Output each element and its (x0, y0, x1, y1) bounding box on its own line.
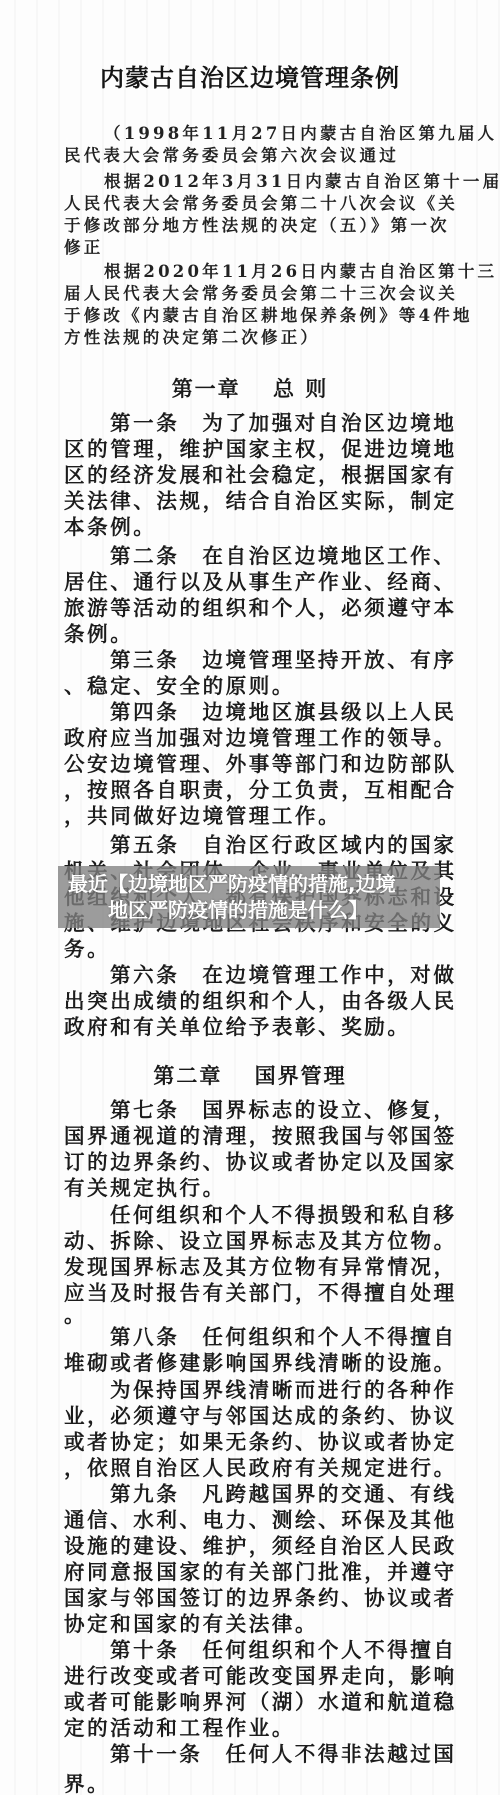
article-line: 本条例。 (64, 510, 156, 540)
preamble-line: 届人民代表大会常务委员会第二十三次会议关 (64, 280, 458, 304)
preamble-line: 根据2020年11月26日内蒙古自治区第十三 (104, 258, 497, 282)
preamble-line: 方性法规的决定第二次修正） (64, 324, 320, 348)
preamble-line: 民代表大会常务委员会第六次会议通过 (64, 142, 399, 166)
article-line: 政府和有关单位给予表彰、奖励。 (64, 1010, 411, 1040)
preamble-line: 修正 (64, 234, 103, 258)
caption-banner[interactable]: 最近【边境地区严防疫情的措施,边境 地区严防疫情的措施是什么】 (58, 866, 440, 928)
article-line: 应当及时报告有关部门，不得擅自处理 (64, 1276, 457, 1306)
article-line: 。 (64, 1298, 87, 1328)
article-line: 堆砌或者修建影响国界线清晰的设施。 (64, 1346, 457, 1376)
article-line: 第十一条 任何人不得非法越过国 (110, 1737, 457, 1767)
preamble-line: 于修改部分地方性法规的决定（五）》第一次 (64, 212, 450, 236)
article-line: 有关规定执行。 (64, 1171, 226, 1201)
chapter-1-title: 第一章 总 则 (0, 373, 500, 403)
preamble-line: 根据2012年3月31日内蒙古自治区第十一届 (104, 168, 500, 192)
chapter-2-title: 第二章 国界管理 (0, 1060, 500, 1090)
article-line: 界。 (64, 1767, 110, 1795)
preamble-line: 于修改《内蒙古自治区耕地保养条例》等4件地 (64, 302, 473, 326)
article-line: 务。 (64, 932, 110, 962)
article-line: ，共同做好边境管理工作。 (64, 799, 341, 829)
caption-text[interactable]: 最近【边境地区严防疫情的措施,边境 地区严防疫情的措施是什么】 (68, 871, 432, 923)
preamble-line: （1998年11月27日内蒙古自治区第九届人 (104, 120, 497, 144)
caption-line-1: 最近【边境地区严防疫情的措施,边境 (68, 872, 396, 896)
caption-line-2: 地区严防疫情的措施是什么】 (68, 897, 432, 923)
preamble-line: 人民代表大会常务委员会第二十八次会议《关 (64, 190, 458, 214)
document-title: 内蒙古自治区边境管理条例 (0, 58, 500, 93)
